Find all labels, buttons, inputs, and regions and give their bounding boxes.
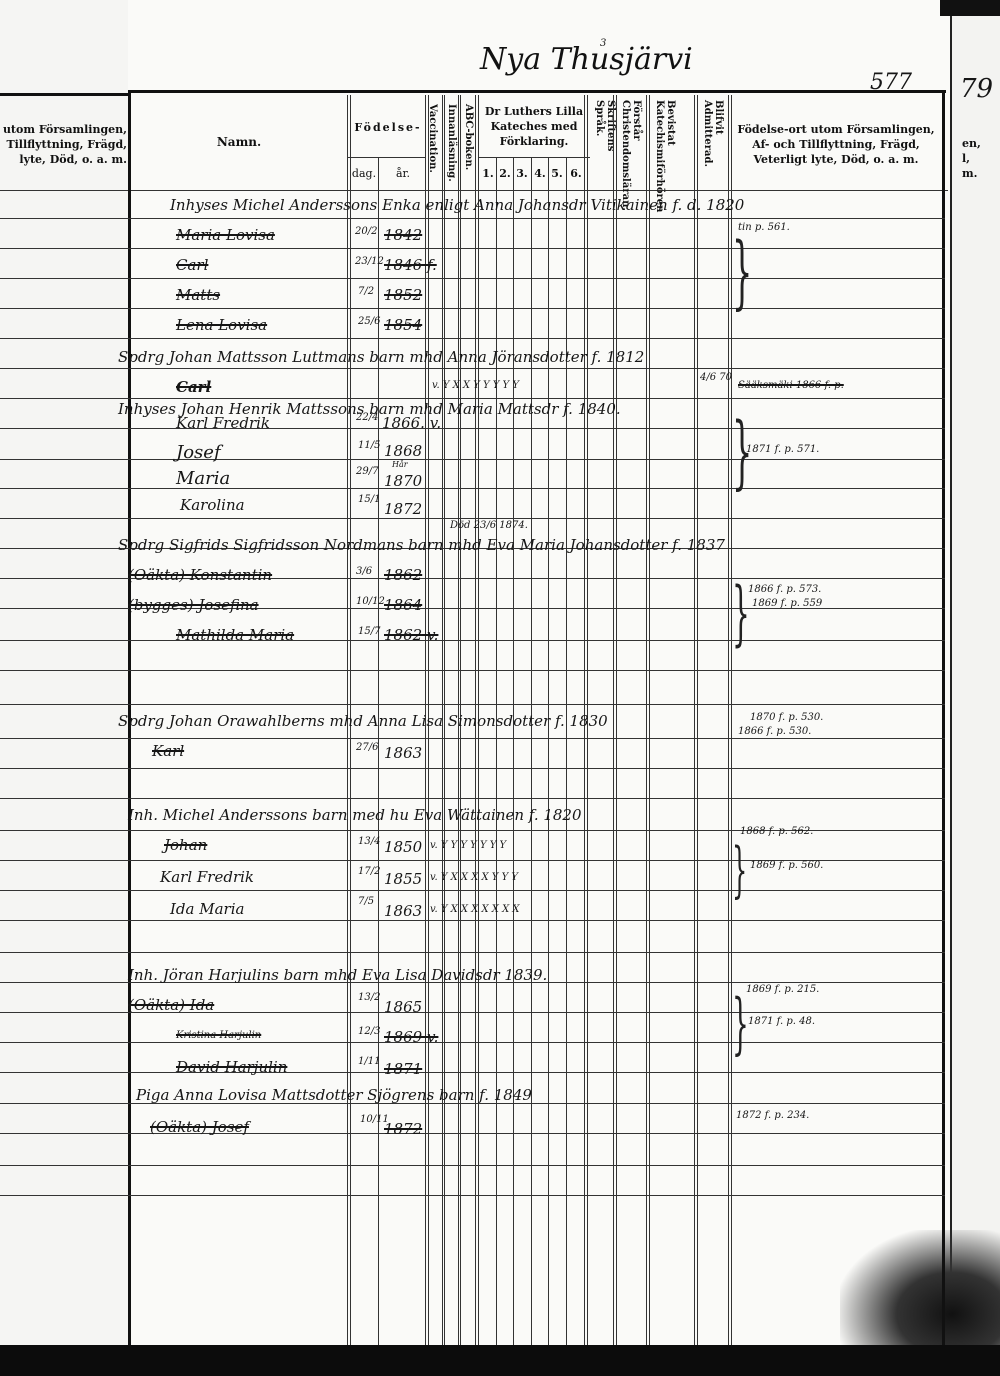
right-border-rule bbox=[942, 92, 945, 1345]
family-header: Spdrg Johan Orawahlberns mhd Anna Lisa S… bbox=[118, 712, 608, 730]
entry-day: 20/2 bbox=[355, 226, 377, 237]
fodelse-subrule bbox=[348, 157, 426, 158]
entry-name: Karolina bbox=[180, 496, 245, 514]
entry-name: Maria bbox=[176, 468, 230, 489]
entry-year: 1855 bbox=[384, 870, 422, 888]
column-header-fodelseort: Födelse-ort utom Församlingen, Af- och T… bbox=[736, 122, 936, 167]
row-rule bbox=[0, 218, 945, 219]
entry-year: 1872 bbox=[384, 1120, 422, 1138]
left-header-line: utom Församlingen, bbox=[2, 122, 127, 137]
row-rule bbox=[0, 488, 945, 489]
rule bbox=[496, 157, 497, 1345]
row-rule bbox=[0, 1042, 945, 1043]
entry-year: 1862 v. bbox=[384, 626, 438, 644]
column-header-abc-boken: ABC-boken. bbox=[463, 104, 474, 188]
row-rule bbox=[0, 920, 945, 921]
death-note: Död 23/6 1874. bbox=[450, 520, 528, 531]
family-header: Spdrg Sigfrids Sigfridsson Nordmans barn… bbox=[118, 536, 725, 554]
fodelseort-line: Födelse-ort utom Församlingen, bbox=[736, 122, 936, 137]
right-header-line: m. bbox=[962, 166, 998, 181]
entry-note: 1869 f. p. 560. bbox=[750, 860, 823, 871]
katekes-part-4: 4. bbox=[532, 166, 548, 181]
entry-year: 1872 bbox=[384, 500, 422, 518]
row-rule bbox=[0, 308, 945, 309]
brace-mark: } bbox=[732, 985, 749, 1062]
row-rule bbox=[0, 1165, 945, 1166]
entry-note: 1866 f. p. 530. bbox=[738, 726, 811, 737]
right-page-header-fragment: en, l, m. bbox=[962, 136, 998, 181]
row-rule bbox=[0, 798, 945, 799]
entry-day: 12/3 bbox=[358, 1026, 380, 1037]
entry-day: 10/12 bbox=[356, 596, 385, 607]
row-rule bbox=[0, 248, 945, 249]
rule bbox=[548, 157, 549, 1345]
row-rule bbox=[0, 368, 945, 369]
row-rule bbox=[0, 952, 945, 953]
family-header: Inhyses Michel Anderssons Enka enligt An… bbox=[170, 196, 744, 214]
brace-mark: } bbox=[732, 405, 752, 498]
entry-day: 11/5 bbox=[358, 440, 380, 451]
entry-year: 1864 bbox=[384, 596, 422, 614]
katekes-marks: v. Y X X X X X X X bbox=[430, 904, 520, 915]
entry-name: Karl Fredrik bbox=[176, 414, 270, 432]
entry-name: Karl Fredrik bbox=[160, 868, 254, 886]
row-rule bbox=[0, 768, 945, 769]
entry-year: 1866. v. bbox=[382, 414, 441, 432]
entry-name: Carl bbox=[176, 378, 211, 396]
row-rule bbox=[0, 1195, 945, 1196]
row-rule bbox=[0, 338, 945, 339]
entry-day: 23/12 bbox=[355, 256, 384, 267]
entry-name: Mathilda Maria bbox=[176, 626, 294, 644]
entry-note: 1866 f. p. 573. bbox=[748, 584, 821, 595]
entry-year: 1850 bbox=[384, 838, 422, 856]
katekes-line: Kateches med bbox=[478, 119, 590, 134]
year-annotation: Hår bbox=[392, 460, 408, 469]
katekes-part-2: 2. bbox=[497, 166, 513, 181]
brace-mark: } bbox=[732, 572, 750, 654]
entry-year: 1862 bbox=[384, 566, 422, 584]
entry-name: Kristina Harjulin bbox=[176, 1030, 261, 1041]
katekes-part-1: 1. bbox=[480, 166, 496, 181]
entry-year: 1863 bbox=[384, 902, 422, 920]
brace-mark: } bbox=[732, 225, 752, 318]
entry-year: 1863 bbox=[384, 744, 422, 762]
entry-name: (Oäkta) Konstantin bbox=[128, 566, 272, 584]
column-header-blifvit-admitterad: Blifvit Admitterad. bbox=[702, 100, 724, 188]
entry-note: 1869 f. p. 559 bbox=[752, 598, 822, 609]
row-rule bbox=[0, 459, 945, 460]
header-bottom-rule bbox=[0, 190, 948, 191]
katekes-part-5: 5. bbox=[549, 166, 565, 181]
row-rule bbox=[0, 518, 945, 519]
family-header: Inh. Jöran Harjulins barn mhd Eva Lisa D… bbox=[128, 966, 547, 984]
row-rule bbox=[0, 1133, 945, 1134]
entry-note: 1871 f. p. 48. bbox=[748, 1016, 815, 1027]
rule bbox=[728, 95, 729, 1345]
parish-title: Nya Thusjärvi bbox=[480, 42, 693, 77]
left-page-top-rule bbox=[0, 93, 130, 96]
katekes-subrule bbox=[478, 157, 590, 158]
entry-day: 15/1 bbox=[358, 494, 380, 505]
rule bbox=[566, 157, 567, 1345]
row-rule bbox=[0, 738, 945, 739]
right-header-line: en, bbox=[962, 136, 998, 151]
next-page-number: 79 bbox=[960, 74, 993, 104]
entry-day: 13/4 bbox=[358, 836, 380, 847]
katekes-marks: v. Y Y Y Y Y Y Y bbox=[430, 840, 506, 851]
left-header-line: lyte, Död, o. a. m. bbox=[2, 152, 127, 167]
entry-name: Johan bbox=[164, 836, 207, 854]
admitted-date: 4/6 70 bbox=[700, 372, 732, 383]
column-header-ar: år. bbox=[380, 166, 426, 181]
family-header: Inh. Michel Anderssons barn med hu Eva W… bbox=[128, 806, 582, 824]
entry-year: 1852 bbox=[384, 286, 422, 304]
entry-day: 27/6 bbox=[356, 742, 378, 753]
row-rule bbox=[0, 640, 945, 641]
entry-day: 7/5 bbox=[358, 896, 374, 907]
entry-day: 15/7 bbox=[358, 626, 380, 637]
entry-name: Lena Lovisa bbox=[176, 316, 267, 334]
entry-year: 1846 f. bbox=[384, 256, 437, 274]
right-header-line: l, bbox=[962, 151, 998, 166]
katekes-marks: v. Y X X Y Y Y Y Y bbox=[432, 380, 519, 391]
row-rule bbox=[0, 1072, 945, 1073]
column-header-namn: Namn. bbox=[130, 135, 348, 150]
entry-day: 17/2 bbox=[358, 866, 380, 877]
entry-name: Maria Lovisa bbox=[176, 226, 275, 244]
entry-day: 22/4 bbox=[356, 412, 378, 423]
column-header-dag: dag. bbox=[350, 166, 378, 181]
entry-note: Sääksmäki 1866 f. p. bbox=[738, 380, 844, 391]
katekes-line: Förklaring. bbox=[478, 134, 590, 149]
entry-year: 1842 bbox=[384, 226, 422, 244]
entry-note: 1871 f. p. 571. bbox=[746, 444, 819, 455]
entry-note: 1872 f. p. 234. bbox=[736, 1110, 809, 1121]
row-rule bbox=[0, 704, 945, 705]
rule bbox=[613, 95, 614, 1345]
left-page-header: utom Församlingen, Tillflyttning, Frägd,… bbox=[2, 122, 127, 167]
entry-year: 1869 v. bbox=[384, 1028, 438, 1046]
rule bbox=[513, 157, 514, 1345]
row-rule bbox=[0, 890, 945, 891]
scan-stain bbox=[840, 1230, 1000, 1350]
title-superscript: 3 bbox=[600, 38, 606, 49]
entry-name: Karl bbox=[152, 742, 184, 760]
entry-name: Ida Maria bbox=[170, 900, 244, 918]
entry-year: 1865 bbox=[384, 998, 422, 1016]
rule bbox=[616, 95, 617, 1345]
entry-name: (Oäkta) Josef bbox=[150, 1118, 249, 1136]
column-header-fodelse: Födelse- bbox=[350, 120, 426, 135]
rule bbox=[531, 157, 532, 1345]
column-header-innanlasning: Innanläsning. bbox=[446, 104, 457, 188]
entry-day: 1/11 bbox=[358, 1056, 380, 1067]
family-header: Piga Anna Lovisa Mattsdotter Sjögrens ba… bbox=[136, 1086, 532, 1104]
entry-name: Matts bbox=[176, 286, 220, 304]
entry-name: Josef bbox=[176, 442, 221, 463]
entry-day: 3/6 bbox=[356, 566, 372, 577]
scan-shadow-top bbox=[940, 0, 1000, 16]
entry-note: 1870 f. p. 530. bbox=[750, 712, 823, 723]
row-rule bbox=[0, 398, 945, 399]
column-header-bevistat-katechismiforhoren: Bevistat Katechismiförhören bbox=[654, 100, 676, 188]
entry-name: (Oäkta) Ida bbox=[128, 996, 214, 1014]
entry-day: 7/2 bbox=[358, 286, 374, 297]
fodelseort-line: Veterligt lyte, Död, o. a. m. bbox=[736, 152, 936, 167]
entry-note: 1869 f. p. 215. bbox=[746, 984, 819, 995]
previous-page-margin bbox=[0, 0, 128, 1376]
top-rule bbox=[128, 90, 946, 93]
entry-name: (bygges) Josefina bbox=[128, 596, 259, 614]
entry-note: 1868 f. p. 562. bbox=[740, 826, 813, 837]
katekes-part-6: 6. bbox=[567, 166, 585, 181]
fodelseort-line: Af- och Tillflyttning, Frägd, bbox=[736, 137, 936, 152]
rule bbox=[646, 95, 647, 1345]
next-page-edge bbox=[950, 0, 1000, 1376]
rule bbox=[649, 95, 650, 1345]
katekes-line: Dr Luthers Lilla bbox=[478, 104, 590, 119]
entry-year: 1871 bbox=[384, 1060, 422, 1078]
entry-day: 29/7 bbox=[356, 466, 378, 477]
family-header: Spdrg Johan Mattsson Luttmans barn mhd A… bbox=[118, 348, 644, 366]
katekes-part-3: 3. bbox=[514, 166, 530, 181]
entry-day: 13/2 bbox=[358, 992, 380, 1003]
entry-year: 1868 bbox=[384, 442, 422, 460]
entry-year: 1854 bbox=[384, 316, 422, 334]
column-header-forstar-christendomslaran: Förstår Christendomsläran. bbox=[620, 100, 642, 188]
katekes-marks: v. Y X X X X Y Y Y bbox=[430, 872, 518, 883]
scan-shadow-bottom bbox=[0, 1345, 1000, 1376]
entry-year: 1870 bbox=[384, 472, 422, 490]
row-rule bbox=[0, 670, 945, 671]
entry-day: 25/6 bbox=[358, 316, 380, 327]
left-header-line: Tillflyttning, Frägd, bbox=[2, 137, 127, 152]
entry-name: Carl bbox=[176, 256, 208, 274]
row-rule bbox=[0, 428, 945, 429]
column-header-katekes: Dr Luthers Lilla Kateches med Förklaring… bbox=[478, 104, 590, 149]
rule bbox=[697, 95, 698, 1345]
entry-name: David Harjulin bbox=[176, 1058, 287, 1076]
row-rule bbox=[0, 278, 945, 279]
brace-mark: } bbox=[732, 835, 747, 905]
rule bbox=[694, 95, 695, 1345]
